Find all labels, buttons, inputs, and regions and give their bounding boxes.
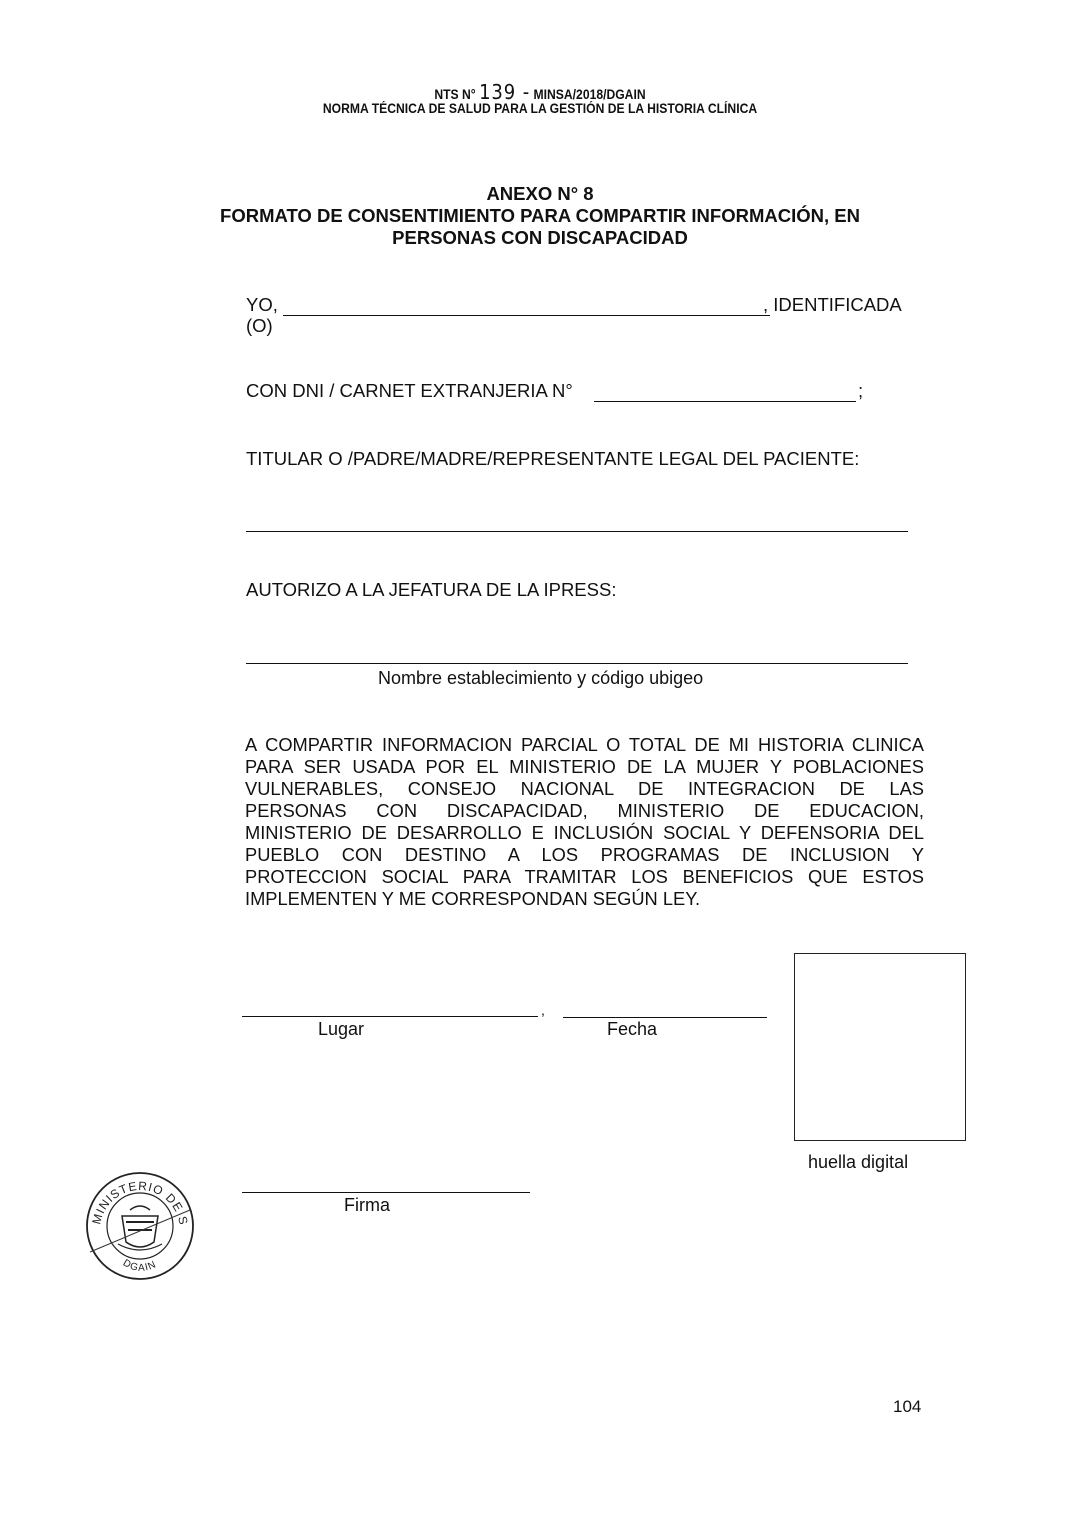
form-title-line2: PERSONAS CON DISCAPACIDAD [0,227,1080,249]
fecha-label: Fecha [607,1019,657,1040]
establishment-caption: Nombre establecimiento y código ubigeo [378,668,703,689]
page-number: 104 [893,1397,921,1417]
signature-input-line[interactable] [242,1192,530,1193]
lugar-label: Lugar [318,1019,364,1040]
fingerprint-box[interactable] [794,953,966,1141]
titular-label: TITULAR O /PADRE/MADRE/REPRESENTANTE LEG… [246,448,859,470]
paragraph-line: A COMPARTIR INFORMACION PARCIAL O TOTAL … [245,734,924,756]
paragraph-line: MINISTERIO DE DESARROLLO E INCLUSIÓN SOC… [245,822,924,844]
svg-text:DGAIN: DGAIN [121,1258,159,1274]
lugar-input-line[interactable] [242,1016,538,1017]
consent-paragraph: A COMPARTIR INFORMACION PARCIAL O TOTAL … [245,734,924,910]
comma-separator: , [541,1002,545,1018]
svg-text:MINISTERIO DE SALUD: MINISTERIO DE SALUD [82,1168,191,1227]
dni-input-line[interactable] [594,401,856,402]
dni-end-semicolon: ; [858,380,863,402]
paragraph-line: PARA SER USADA POR EL MINISTERIO DE LA M… [245,756,924,778]
form-title-line1: FORMATO DE CONSENTIMIENTO PARA COMPARTIR… [0,205,1080,227]
gender-suffix-label: (O) [246,315,273,337]
paragraph-line: PUEBLO CON DESTINO A LOS PROGRAMAS DE IN… [245,844,924,866]
norma-title: NORMA TÉCNICA DE SALUD PARA LA GESTIÓN D… [54,101,1026,116]
paragraph-line: PROTECCION SOCIAL PARA TRAMITAR LOS BENE… [245,866,924,888]
fecha-input-line[interactable] [563,1017,767,1018]
autorizo-label: AUTORIZO A LA JEFATURA DE LA IPRESS: [246,579,616,601]
fingerprint-label: huella digital [808,1152,908,1173]
official-seal-icon: MINISTERIO DE SALUD DGAIN [82,1168,198,1284]
paragraph-line: IMPLEMENTEN Y ME CORRESPONDAN SEGÚN LEY. [245,888,924,910]
firma-label: Firma [344,1195,390,1216]
nts-suffix: MINSA/2018/DGAIN [534,87,646,102]
name-input-line[interactable] [283,315,770,316]
annex-number: ANEXO N° 8 [0,183,1080,205]
nts-prefix: NTS N° [434,87,475,102]
paragraph-line: VULNERABLES, CONSEJO NACIONAL DE INTEGRA… [245,778,924,800]
patient-input-line[interactable] [246,531,908,532]
identificada-label: , IDENTIFICADA [763,294,902,316]
yo-label: YO, [246,294,278,316]
paragraph-line: PERSONAS CON DISCAPACIDAD, MINISTERIO DE… [245,800,924,822]
establishment-input-line[interactable] [246,663,908,664]
dni-label: CON DNI / CARNET EXTRANJERIA N° [246,380,573,402]
